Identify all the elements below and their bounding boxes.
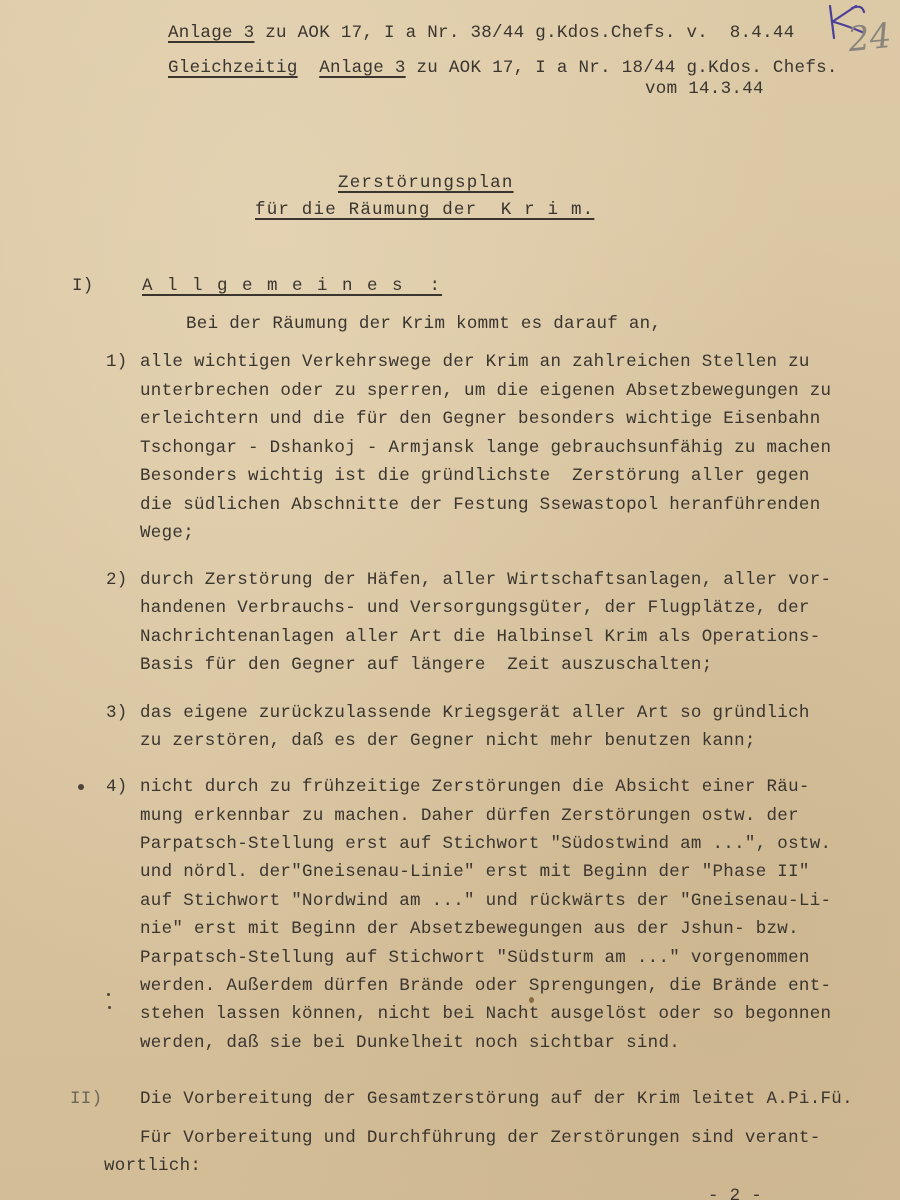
item-1-line: unterbrechen oder zu sperren, um die eig… — [140, 380, 831, 402]
header-date-line: vom 14.3.44 — [645, 78, 764, 100]
item-4-line: nicht durch zu frühzeitige Zerstörungen … — [140, 776, 810, 798]
header-reference-text-1: zu AOK 17, I a Nr. 38/44 g.Kdos.Chefs. v… — [254, 23, 794, 43]
item-4-line: werden. Außerdem dürfen Brände oder Spre… — [140, 975, 831, 997]
margin-bullet-icon — [78, 784, 84, 790]
item-1-line: Besonders wichtig ist die gründlichste Z… — [140, 465, 810, 487]
item-4-line: werden, daß sie bei Dunkelheit noch sich… — [140, 1032, 680, 1054]
item-4-line: mung erkennbar zu machen. Daher dürfen Z… — [140, 805, 799, 827]
section-1-heading: A l l g e m e i n e s : — [142, 275, 442, 297]
item-1-line: die südlichen Abschnitte der Festung Sse… — [140, 494, 821, 516]
page-continuation-marker: - 2 - — [708, 1185, 762, 1200]
header-anlage-label-2: Anlage 3 — [319, 58, 405, 78]
section-2-line-1: Die Vorbereitung der Gesamtzerstörung au… — [140, 1088, 853, 1110]
document-title: Zerstörungsplan — [338, 172, 514, 194]
item-4-line: nie" erst mit Beginn der Absetzbewegunge… — [140, 918, 799, 940]
header-reference-line-1: Anlage 3 zu AOK 17, I a Nr. 38/44 g.Kdos… — [168, 22, 795, 44]
item-1-line: erleichtern und die für den Gegner beson… — [140, 408, 821, 430]
item-4-line: und nördl. der"Gneisenau-Linie" erst mit… — [140, 861, 810, 883]
handwritten-page-number: 24 — [846, 16, 893, 60]
item-1-line: Wege; — [140, 522, 194, 544]
item-3-number: 3) — [106, 702, 128, 724]
item-1-number: 1) — [106, 351, 128, 373]
item-2-line: durch Zerstörung der Häfen, aller Wirtsc… — [140, 569, 831, 591]
paper-stain-icon — [529, 997, 534, 1003]
section-1-number: I) — [72, 275, 94, 297]
margin-dot-icon — [107, 993, 110, 996]
item-2-line: handenen Verbrauchs- und Versorgungsgüte… — [140, 597, 810, 619]
item-4-line: auf Stichwort "Nordwind am ..." und rück… — [140, 890, 831, 912]
header-reference-line-2: Gleichzeitig Anlage 3 zu AOK 17, I a Nr.… — [168, 57, 838, 79]
section-2-number: II) — [70, 1088, 102, 1110]
section-1-intro: Bei der Räumung der Krim kommt es darauf… — [186, 313, 661, 335]
section-2-line-2: Für Vorbereitung und Durchführung der Ze… — [140, 1127, 821, 1149]
item-2-number: 2) — [106, 569, 128, 591]
item-3-line: zu zerstören, daß es der Gegner nicht me… — [140, 730, 756, 752]
section-2-line-3: wortlich: — [104, 1155, 201, 1177]
item-2-line: Basis für den Gegner auf längere Zeit au… — [140, 654, 713, 676]
document-page: Anlage 3 zu AOK 17, I a Nr. 38/44 g.Kdos… — [0, 0, 900, 1200]
header-anlage-label-1: Anlage 3 — [168, 23, 254, 43]
item-2-line: Nachrichtenanlagen aller Art die Halbins… — [140, 626, 821, 648]
margin-dot-icon — [108, 1006, 111, 1009]
header-prefix-gleichzeitig: Gleichzeitig — [168, 58, 298, 78]
item-1-line: alle wichtigen Verkehrswege der Krim an … — [140, 351, 810, 373]
item-4-line: Parpatsch-Stellung auf Stichwort "Südstu… — [140, 947, 810, 969]
item-3-line: das eigene zurückzulassende Kriegsgerät … — [140, 702, 810, 724]
item-1-line: Tschongar - Dshankoj - Armjansk lange ge… — [140, 437, 831, 459]
item-4-line: stehen lassen können, nicht bei Nacht au… — [140, 1003, 831, 1025]
header-reference-text-2: zu AOK 17, I a Nr. 18/44 g.Kdos. Chefs. — [406, 58, 838, 78]
document-subtitle: für die Räumung der K r i m. — [255, 199, 594, 221]
item-4-number: 4) — [106, 776, 128, 798]
item-4-line: Parpatsch-Stellung erst auf Stichwort "S… — [140, 833, 831, 855]
